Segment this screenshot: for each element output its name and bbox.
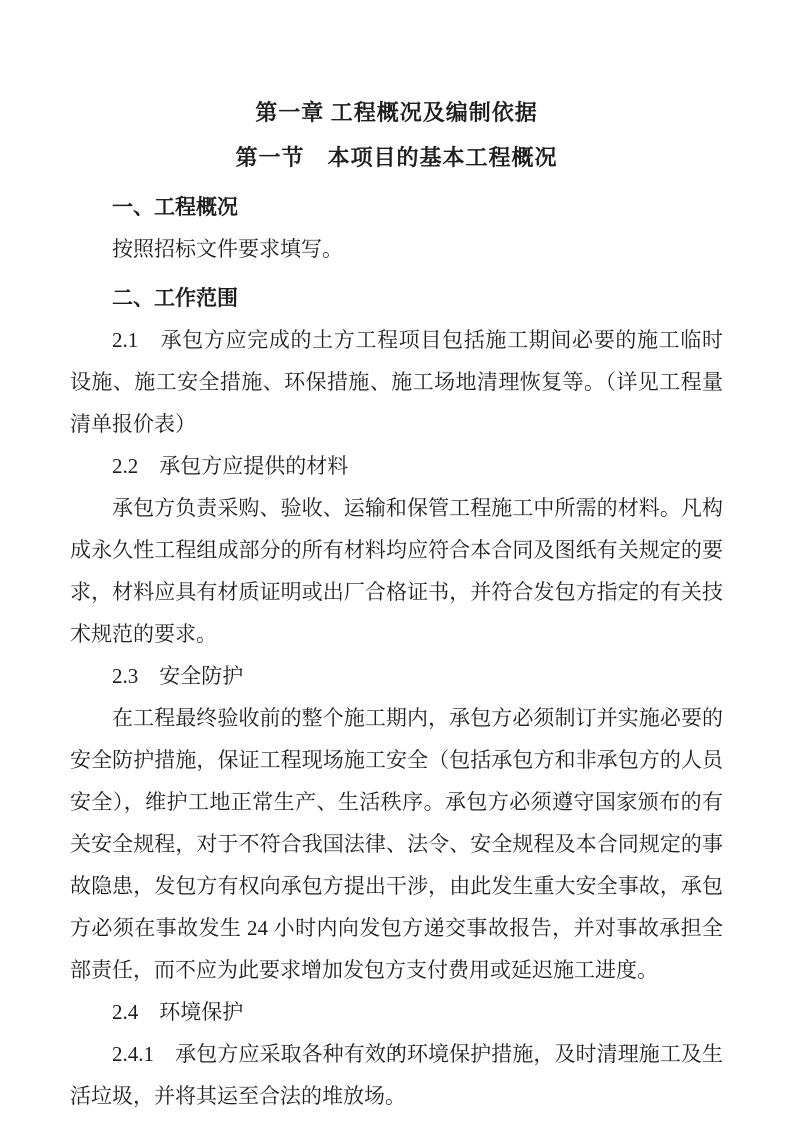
page-number: 9 — [0, 1044, 793, 1061]
paragraph-2-2-title: 2.2 承包方应提供的材料 — [70, 445, 723, 487]
document-page: 第一章 工程概况及编制依据 第一节 本项目的基本工程概况 一、工程概况 按照招标… — [0, 0, 793, 1122]
paragraph-2-1: 2.1 承包方应完成的土方工程项目包括施工期间必要的施工临时设施、施工安全措施、… — [70, 319, 723, 445]
section-heading: 第一节 本项目的基本工程概况 — [70, 137, 723, 179]
heading-project-overview: 一、工程概况 — [70, 186, 723, 228]
paragraph-2-4-title: 2.4 环境保护 — [70, 991, 723, 1033]
heading-work-scope: 二、工作范围 — [70, 277, 723, 319]
paragraph-2-2-body: 承包方负责采购、验收、运输和保管工程施工中所需的材料。凡构成永久性工程组成部分的… — [70, 487, 723, 655]
paragraph-2-3-title: 2.3 安全防护 — [70, 655, 723, 697]
paragraph-project-overview: 按照招标文件要求填写。 — [70, 228, 723, 270]
chapter-heading: 第一章 工程概况及编制依据 — [70, 92, 723, 134]
paragraph-2-3-body: 在工程最终验收前的整个施工期内，承包方必须制订并实施必要的安全防护措施，保证工程… — [70, 697, 723, 991]
